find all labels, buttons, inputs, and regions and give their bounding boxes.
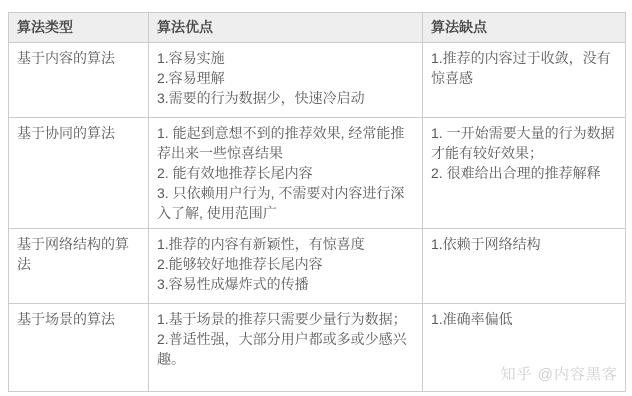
- algorithm-type-cell: 基于协同的算法: [9, 118, 149, 229]
- table-row: 基于网络结构的算法1.推荐的内容有新颖性，有惊喜度 2.能够较好地推荐长尾内容 …: [9, 229, 626, 304]
- table-row: 基于内容的算法1.容易实施 2.容易理解 3.需要的行为数据少，快速冷启动1.推…: [9, 43, 626, 118]
- pros-cell: 1.推荐的内容有新颖性，有惊喜度 2.能够较好地推荐长尾内容 3.容易性成爆炸式…: [149, 229, 423, 304]
- header-algorithm-pros: 算法优点: [149, 13, 423, 43]
- algorithm-type-cell: 基于场景的算法: [9, 304, 149, 392]
- pros-cell: 1. 能起到意想不到的推荐效果, 经常能推荐出来一些惊喜结果 2. 能有效地推荐…: [149, 118, 423, 229]
- table-body: 基于内容的算法1.容易实施 2.容易理解 3.需要的行为数据少，快速冷启动1.推…: [9, 43, 626, 392]
- header-algorithm-cons: 算法缺点: [423, 13, 626, 43]
- page: 算法类型 算法优点 算法缺点 基于内容的算法1.容易实施 2.容易理解 3.需要…: [0, 0, 632, 396]
- cons-cell: 1. 一开始需要大量的行为数据才能有较好效果； 2. 很难给出合理的推荐解释: [423, 118, 626, 229]
- cons-cell: 1.推荐的内容过于收敛，没有惊喜感: [423, 43, 626, 118]
- cons-cell: 1.依赖于网络结构: [423, 229, 626, 304]
- pros-cell: 1.基于场景的推荐只需要少量行为数据； 2.普适性强，大部分用户都或多或少感兴趣…: [149, 304, 423, 392]
- algorithm-type-cell: 基于内容的算法: [9, 43, 149, 118]
- pros-cell: 1.容易实施 2.容易理解 3.需要的行为数据少，快速冷启动: [149, 43, 423, 118]
- algorithm-type-cell: 基于网络结构的算法: [9, 229, 149, 304]
- header-row: 算法类型 算法优点 算法缺点: [9, 13, 626, 43]
- table-header: 算法类型 算法优点 算法缺点: [9, 13, 626, 43]
- table-row: 基于场景的算法1.基于场景的推荐只需要少量行为数据； 2.普适性强，大部分用户都…: [9, 304, 626, 392]
- header-algorithm-type: 算法类型: [9, 13, 149, 43]
- table-row: 基于协同的算法1. 能起到意想不到的推荐效果, 经常能推荐出来一些惊喜结果 2.…: [9, 118, 626, 229]
- algorithm-comparison-table: 算法类型 算法优点 算法缺点 基于内容的算法1.容易实施 2.容易理解 3.需要…: [8, 12, 626, 392]
- cons-cell: 1.准确率偏低: [423, 304, 626, 392]
